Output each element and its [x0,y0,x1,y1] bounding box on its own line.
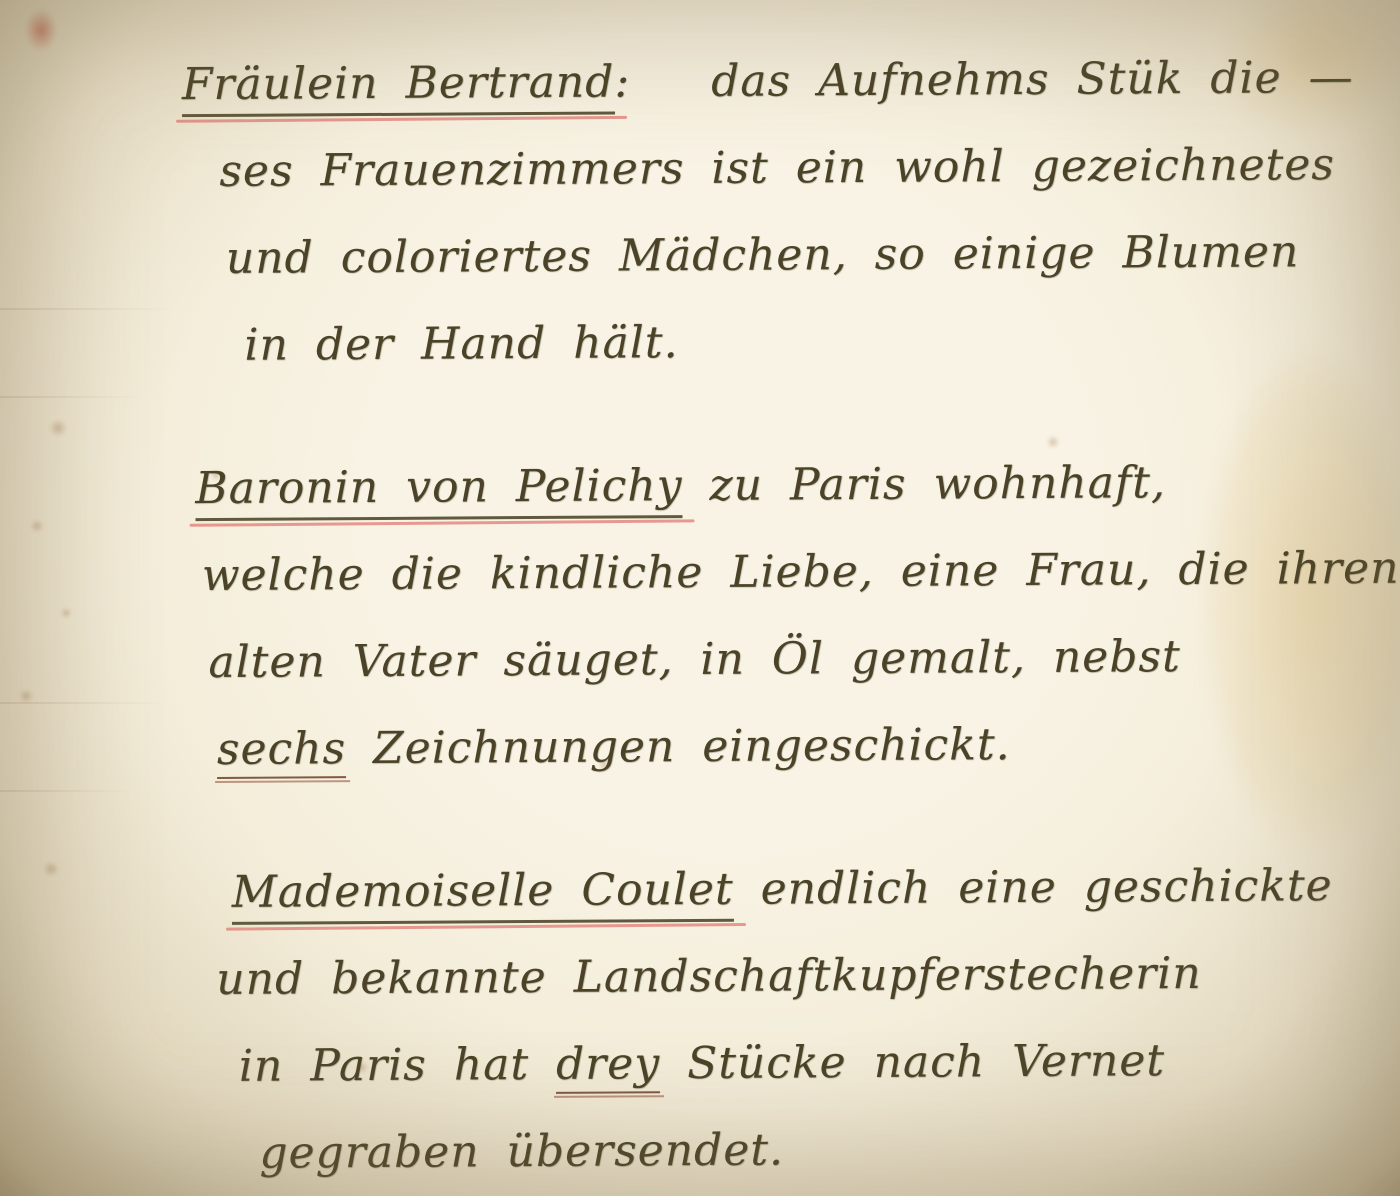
manuscript-line: gegraben übersendet. [3,1103,1400,1196]
line-text: alten Vater säuget, in Öl gemalt, nebst [208,631,1181,688]
manuscript-line: Baronin von Pelichy zu Paris wohnhaft, [0,438,1400,534]
paragraph-mademoiselle-coulet: Mademoiselle Coulet endlich eine geschic… [2,842,1400,1196]
line-text: zu Paris wohnhaft, [682,457,1166,511]
underlined-name-pelichy: Baronin von Pelichy [195,462,682,521]
underlined-name-coulet: Mademoiselle Coulet [232,866,734,925]
line-text: und coloriertes Mädchen, so einige Blume… [226,226,1300,284]
manuscript-line: und coloriertes Mädchen, so einige Blume… [0,208,1398,304]
underlined-name-bertrand: Fräulein Bertrand [182,59,615,118]
line-text: in Paris hat [239,1039,556,1092]
line-text: in der Hand hält. [244,317,678,371]
line-text: gegraben übersendet. [259,1124,784,1178]
paragraph-baronin-pelichy: Baronin von Pelichy zu Paris wohnhaft, w… [0,438,1400,795]
manuscript-line: Fräulein Bertrand: das Aufnehms Stük die… [0,34,1397,130]
line-text: und bekannte Landschaftkupferstecherin [216,948,1202,1005]
manuscript-line: welche die kindliche Liebe, eine Frau, d… [0,525,1400,621]
manuscript-line: und bekannte Landschaftkupferstecherin [2,929,1400,1025]
line-text: ses Frauenzimmers ist ein wohl gezeichne… [219,139,1335,197]
paragraph-fraulein-bertrand: Fräulein Bertrand: das Aufnehms Stük die… [0,34,1399,391]
manuscript-line: ses Frauenzimmers ist ein wohl gezeichne… [0,121,1398,217]
line-text: : das Aufnehms Stük die — [614,52,1354,108]
underlined-word-sechs: sechs [217,725,347,779]
line-text: endlich eine geschickte [733,860,1332,915]
line-text: welche die kindliche Liebe, eine Frau, d… [202,543,1400,601]
underlined-word-drey: drey [556,1040,660,1094]
manuscript-line: in Paris hat drey Stücke nach Vernet [3,1016,1400,1112]
manuscript-line: alten Vater säuget, in Öl gemalt, nebst [0,612,1400,708]
manuscript-line: sechs Zeichnungen eingeschickt. [1,699,1400,795]
manuscript-line: in der Hand hält. [0,295,1399,391]
line-text: Stücke nach Vernet [660,1035,1165,1089]
manuscript-text: Fräulein Bertrand: das Aufnehms Stük die… [0,0,1400,1196]
line-text: Zeichnungen eingeschickt. [346,719,1011,774]
manuscript-line: Mademoiselle Coulet endlich eine geschic… [2,842,1400,938]
manuscript-page: Fräulein Bertrand: das Aufnehms Stük die… [0,0,1400,1196]
